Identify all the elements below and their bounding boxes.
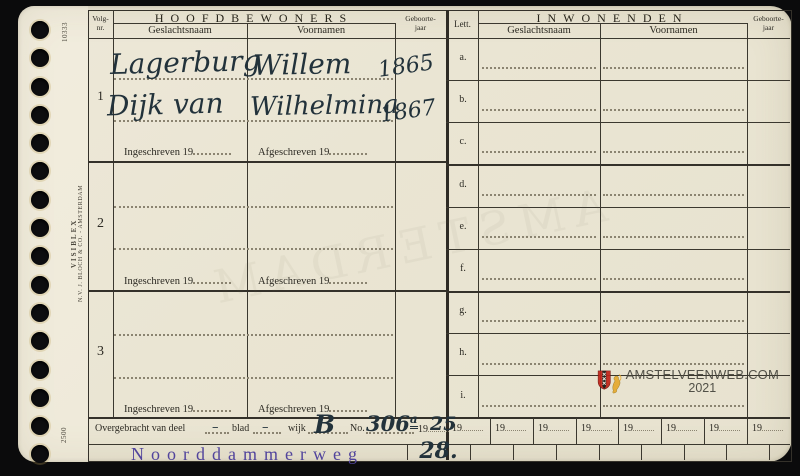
row-letter: i. [449, 390, 477, 401]
punch-hole [31, 21, 49, 39]
handwritten-house-number: 28. [407, 438, 470, 464]
column-header-firstnames-left: Voornamen [247, 25, 395, 36]
column-header-volgnr: Volg- nr. [88, 14, 113, 32]
year-cell: 19 [581, 422, 612, 434]
fill-line [633, 422, 654, 431]
watermark-year: 2021 [626, 382, 779, 396]
entry-line [482, 320, 596, 322]
punch-hole [31, 332, 49, 350]
punch-hole [31, 247, 49, 265]
entry-line [603, 151, 744, 153]
column-header-surname-left: Geslachtsnaam [113, 25, 247, 36]
punch-hole [31, 78, 49, 96]
fill-line [462, 422, 483, 431]
table-line [641, 445, 642, 460]
block-separator [446, 291, 790, 293]
table-line [490, 418, 491, 444]
entry-line [482, 151, 596, 153]
fill-line [676, 422, 697, 431]
year-cell: 19 [452, 422, 483, 434]
entry-line [482, 405, 596, 407]
no-label: No. [350, 423, 365, 434]
handwritten-year: 25 [430, 413, 456, 435]
row-letter: c. [449, 136, 477, 147]
punch-hole [31, 106, 49, 124]
blad-label: blad [232, 423, 249, 434]
amstelveen-coat-of-arms-icon [597, 358, 623, 406]
printer-imprint: VISIBLEX N.V. J. BLOCH & CO. - AMSTERDAM [70, 185, 84, 302]
block-separator [88, 161, 447, 163]
year-cell: 19 [709, 422, 740, 434]
row-letter: h. [449, 347, 477, 358]
table-line [446, 80, 790, 81]
scanned-register-card-photo: 10333 VISIBLEX N.V. J. BLOCH & CO. - AMS… [0, 0, 800, 476]
handwritten-surname-2: Dijk van [107, 86, 224, 122]
year-cell: 19 [495, 422, 526, 434]
handwritten-surname-1: Lagerburg [110, 44, 261, 81]
table-line [470, 445, 471, 460]
watermark-text: AMSTELVEENWEB.COM 2021 [626, 368, 779, 396]
row-letter: g. [449, 305, 477, 316]
entry-line [114, 206, 393, 208]
entry-line [603, 236, 744, 238]
punch-hole [31, 276, 49, 294]
punch-hole [31, 445, 49, 463]
column-header-letter: Lett. [447, 19, 478, 29]
fill-line [505, 422, 526, 431]
fill-line [719, 422, 740, 431]
handwritten-deel: – [212, 420, 219, 435]
entry-line [114, 334, 393, 336]
fill-line [762, 422, 783, 431]
handwritten-blad: – [262, 420, 269, 435]
table-line [576, 418, 577, 444]
serial-number-bottom: 2500 [60, 427, 68, 443]
table-line [704, 418, 705, 444]
handwritten-firstnames-1: Willem [253, 47, 352, 82]
section-title-hoofdbewoners: HOOFDBEWONERS [113, 11, 395, 26]
year-cell: 19 [623, 422, 654, 434]
serial-number-top: 10333 [61, 22, 69, 42]
street-name-stamp: Noorddammerweg [88, 444, 407, 465]
handwritten-firstnames-2: Wilhelmina [250, 90, 399, 123]
year-cell: 19 [666, 422, 697, 434]
fill-line [193, 144, 231, 155]
table-line [446, 333, 790, 334]
registered-label: Ingeschreven 19 [124, 401, 231, 415]
table-line [247, 23, 248, 418]
entry-line [603, 320, 744, 322]
entry-line [603, 109, 744, 111]
house-no-suffix: a [410, 412, 418, 429]
column-header-birthyear-right: Geboorte- jaar [747, 14, 790, 32]
section-title-inwonenden: INWONENDEN [478, 11, 747, 26]
entry-line [603, 278, 744, 280]
entry-line [603, 67, 744, 69]
watermark: AMSTELVEENWEB.COM 2021 [597, 358, 779, 406]
volgnr-2: 2 [88, 216, 113, 232]
table-line [88, 38, 790, 39]
punch-hole [31, 389, 49, 407]
entry-line [482, 109, 596, 111]
table-line [618, 418, 619, 444]
year-cell: 19 [752, 422, 783, 434]
table-line [599, 445, 600, 460]
table-line [661, 418, 662, 444]
entry-line [603, 194, 744, 196]
punch-hole [31, 361, 49, 379]
volgnr-3: 3 [88, 344, 113, 360]
table-line [747, 418, 748, 444]
entry-line [114, 377, 393, 379]
punch-hole [31, 49, 49, 67]
binder-holes [31, 21, 49, 463]
wijk-label: wijk [288, 423, 306, 434]
row-letter: b. [449, 94, 477, 105]
column-header-birthyear-left: Geboorte- jaar [395, 14, 446, 32]
punch-hole [31, 304, 49, 322]
entry-line [482, 67, 596, 69]
fill-line [548, 422, 569, 431]
row-letter: d. [449, 179, 477, 190]
fill-line [591, 422, 612, 431]
transfer-label: Overgebracht van deel [95, 423, 185, 434]
handwritten-wijk: B [314, 410, 335, 439]
entry-line [482, 363, 596, 365]
row-letter: a. [449, 52, 477, 63]
table-line [533, 418, 534, 444]
punch-hole [31, 134, 49, 152]
table-line [446, 122, 790, 123]
deregistered-label: Afgeschreven 19 [258, 144, 367, 158]
column-header-firstnames-right: Voornamen [600, 25, 747, 36]
table-line [726, 445, 727, 460]
table-line [769, 445, 770, 460]
brand-name: VISIBLEX [70, 185, 78, 302]
table-line [513, 445, 514, 460]
printer-name: N.V. J. BLOCH & CO. - AMSTERDAM [78, 185, 84, 302]
block-separator [446, 164, 790, 166]
fill-line [193, 401, 231, 412]
punch-hole [31, 162, 49, 180]
year-cell: 19 [538, 422, 569, 434]
deregistered-label: Afgeschreven 19 [258, 401, 367, 415]
registered-label: Ingeschreven 19 [124, 144, 231, 158]
punch-hole [31, 417, 49, 435]
table-line [684, 445, 685, 460]
table-line [556, 445, 557, 460]
handwritten-house-no: 306a [366, 411, 418, 436]
watermark-site: AMSTELVEENWEB.COM [626, 368, 779, 382]
punch-hole [31, 191, 49, 209]
punch-hole [31, 219, 49, 237]
entry-line [482, 278, 596, 280]
fill-line [329, 144, 367, 155]
column-header-surname-right: Geslachtsnaam [478, 25, 600, 36]
